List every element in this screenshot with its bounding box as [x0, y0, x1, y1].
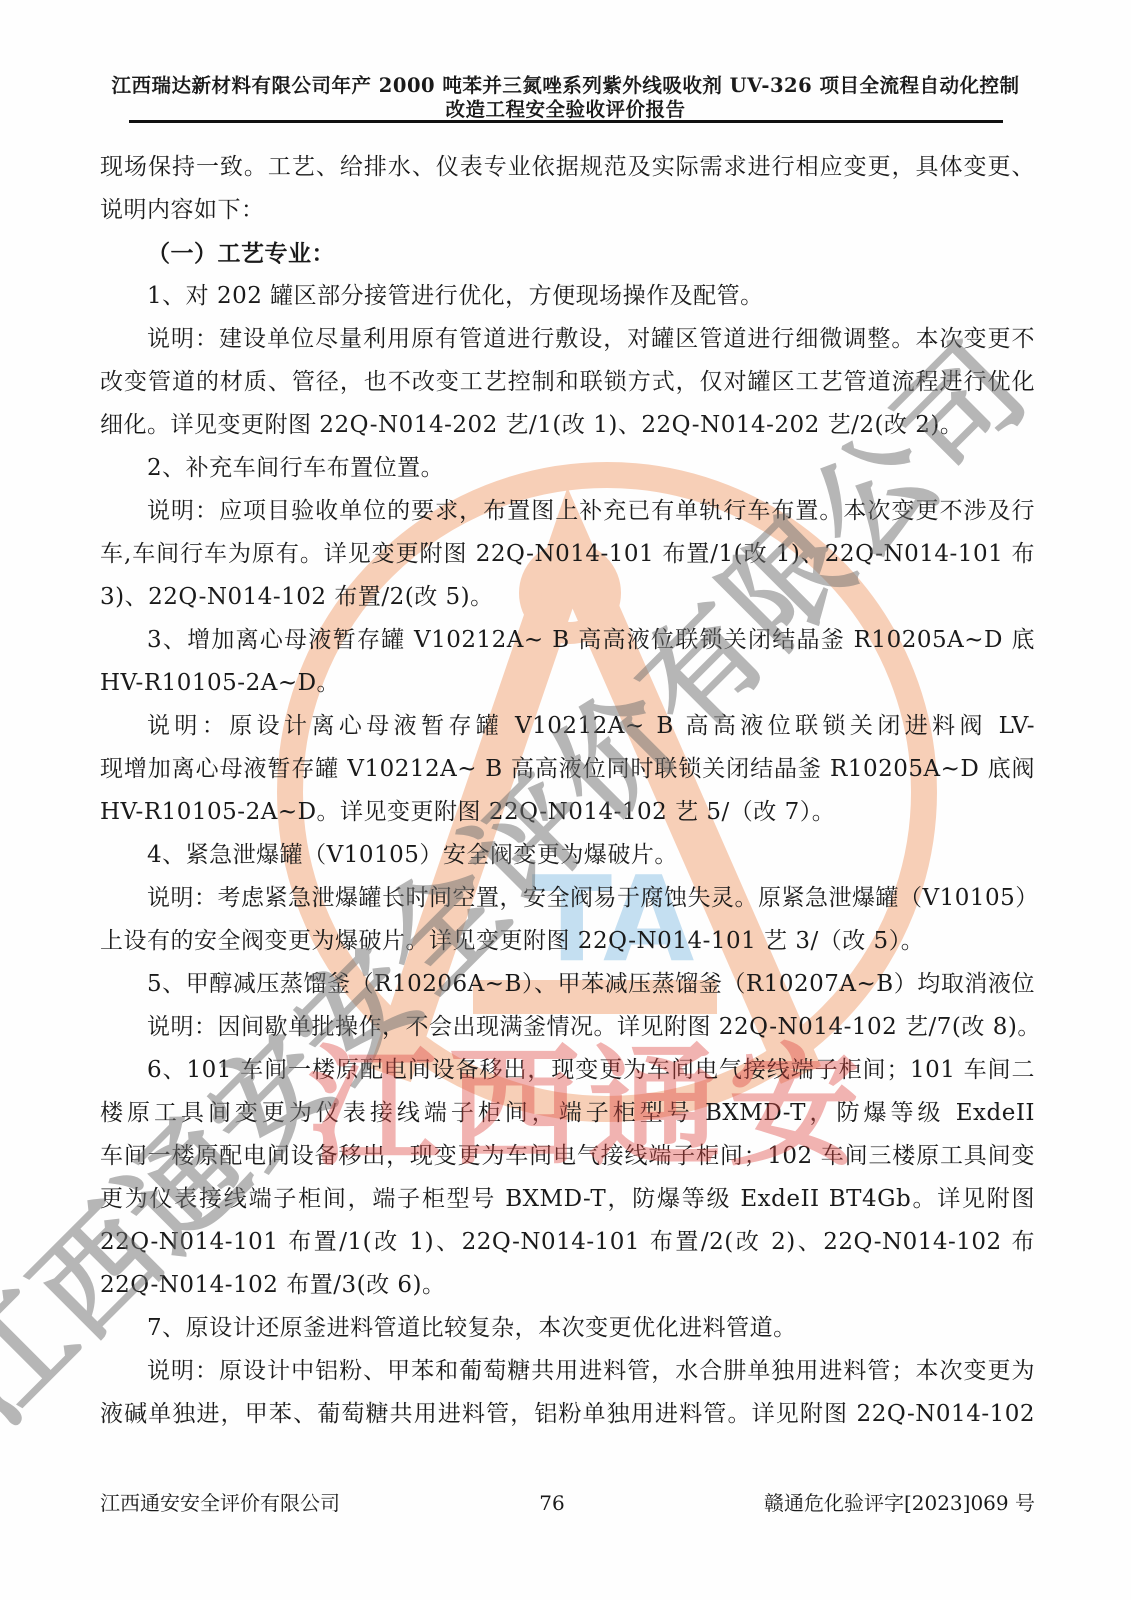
text-line: 车间一楼原配电间设备移出，现变更为车间电气接线端子柜间；102 车间三楼原工具间… — [100, 1135, 1035, 1178]
text-line: 5、甲醇减压蒸馏釜（R10206A~B）、甲苯减压蒸馏釜（R10207A~B）均… — [100, 963, 1035, 1006]
text-line: 细化。详见变更附图 22Q-N014-202 艺/1(改 1)、22Q-N014… — [100, 404, 1035, 447]
text-line: 说明：应项目验收单位的要求，布置图上补充已有单轨行车布置。本次变更不涉及行 — [100, 490, 1035, 533]
text-line: 改变管道的材质、管径，也不改变工艺控制和联锁方式，仅对罐区工艺管道流程进行优化 — [100, 361, 1035, 404]
footer-company: 江西通安安全评价有限公司 — [100, 1487, 340, 1516]
text-line: 说明：因间歇单批操作，不会出现满釜情况。详见附图 22Q-N014-102 艺/… — [100, 1006, 1035, 1049]
text-line: 2、补充车间行车布置位置。 — [100, 447, 1035, 490]
text-line: 车,车间行车为原有。详见变更附图 22Q-N014-101 布置/1(改 1)、… — [100, 533, 1035, 576]
text-line: HV-R10105-2A~D。详见变更附图 22Q-N014-102 艺 5/（… — [100, 791, 1035, 834]
text-line: （一）工艺专业： — [100, 232, 1035, 275]
text-line: 1、对 202 罐区部分接管进行优化，方便现场操作及配管。 — [100, 275, 1035, 318]
footer-doc-number: 赣通危化验评字[2023]069 号 — [764, 1487, 1035, 1516]
text-line: 现增加离心母液暂存罐 V10212A~ B 高高液位同时联锁关闭结晶釜 R102… — [100, 748, 1035, 791]
text-line: 上设有的安全阀变更为爆破片。详见变更附图 22Q-N014-101 艺 3/（改… — [100, 920, 1035, 963]
report-title-line1: 江西瑞达新材料有限公司年产 2000 吨苯并三氮唑系列紫外线吸收剂 UV-326… — [0, 75, 1131, 97]
text-line: 22Q-N014-101 布置/1(改 1)、22Q-N014-101 布置/2… — [100, 1221, 1035, 1264]
footer-page-number: 76 — [539, 1491, 564, 1515]
document-page: TA 江西通安安全评价有限公司 江西通安 江西瑞达新材料有限公司年产 2000 … — [0, 0, 1131, 1600]
text-line: HV-R10105-2A~D。 — [100, 662, 1035, 705]
text-line: 4、紧急泄爆罐（V10105）安全阀变更为爆破片。 — [100, 834, 1035, 877]
page-footer: 江西通安安全评价有限公司 76 赣通危化验评字[2023]069 号 — [100, 1487, 1035, 1516]
body-text: 现场保持一致。工艺、给排水、仪表专业依据规范及实际需求进行相应变更，具体变更、说… — [100, 146, 1035, 1436]
report-title-line2: 改造工程安全验收评价报告 — [0, 99, 1131, 121]
text-line: 液碱单独进，甲苯、葡萄糖共用进料管，铝粉单独用进料管。详见附图 22Q-N014… — [100, 1393, 1035, 1436]
text-line: 说明：原设计离心母液暂存罐 V10212A~ B 高高液位联锁关闭进料阀 LV-… — [100, 705, 1035, 748]
text-line: 3、增加离心母液暂存罐 V10212A~ B 高高液位联锁关闭结晶釜 R1020… — [100, 619, 1035, 662]
text-line: 22Q-N014-102 布置/3(改 6)。 — [100, 1264, 1035, 1307]
text-line: 说明内容如下： — [100, 189, 1035, 232]
text-line: 更为仪表接线端子柜间，端子柜型号 BXMD-T，防爆等级 ExdeII BT4G… — [100, 1178, 1035, 1221]
text-line: 说明：原设计中铝粉、甲苯和葡萄糖共用进料管，水合肼单独用进料管；本次变更为 — [100, 1350, 1035, 1393]
text-line: 3)、22Q-N014-102 布置/2(改 5)。 — [100, 576, 1035, 619]
header-rule — [129, 120, 1003, 123]
text-line: 7、原设计还原釜进料管道比较复杂，本次变更优化进料管道。 — [100, 1307, 1035, 1350]
text-line: 现场保持一致。工艺、给排水、仪表专业依据规范及实际需求进行相应变更，具体变更、 — [100, 146, 1035, 189]
text-line: 楼原工具间变更为仪表接线端子柜间，端子柜型号 BXMD-T，防爆等级 ExdeI… — [100, 1092, 1035, 1135]
text-line: 6、101 车间一楼原配电间设备移出，现变更为车间电气接线端子柜间；101 车间… — [100, 1049, 1035, 1092]
text-line: 说明：考虑紧急泄爆罐长时间空置，安全阀易于腐蚀失灵。原紧急泄爆罐（V10105） — [100, 877, 1035, 920]
text-line: 说明：建设单位尽量利用原有管道进行敷设，对罐区管道进行细微调整。本次变更不 — [100, 318, 1035, 361]
